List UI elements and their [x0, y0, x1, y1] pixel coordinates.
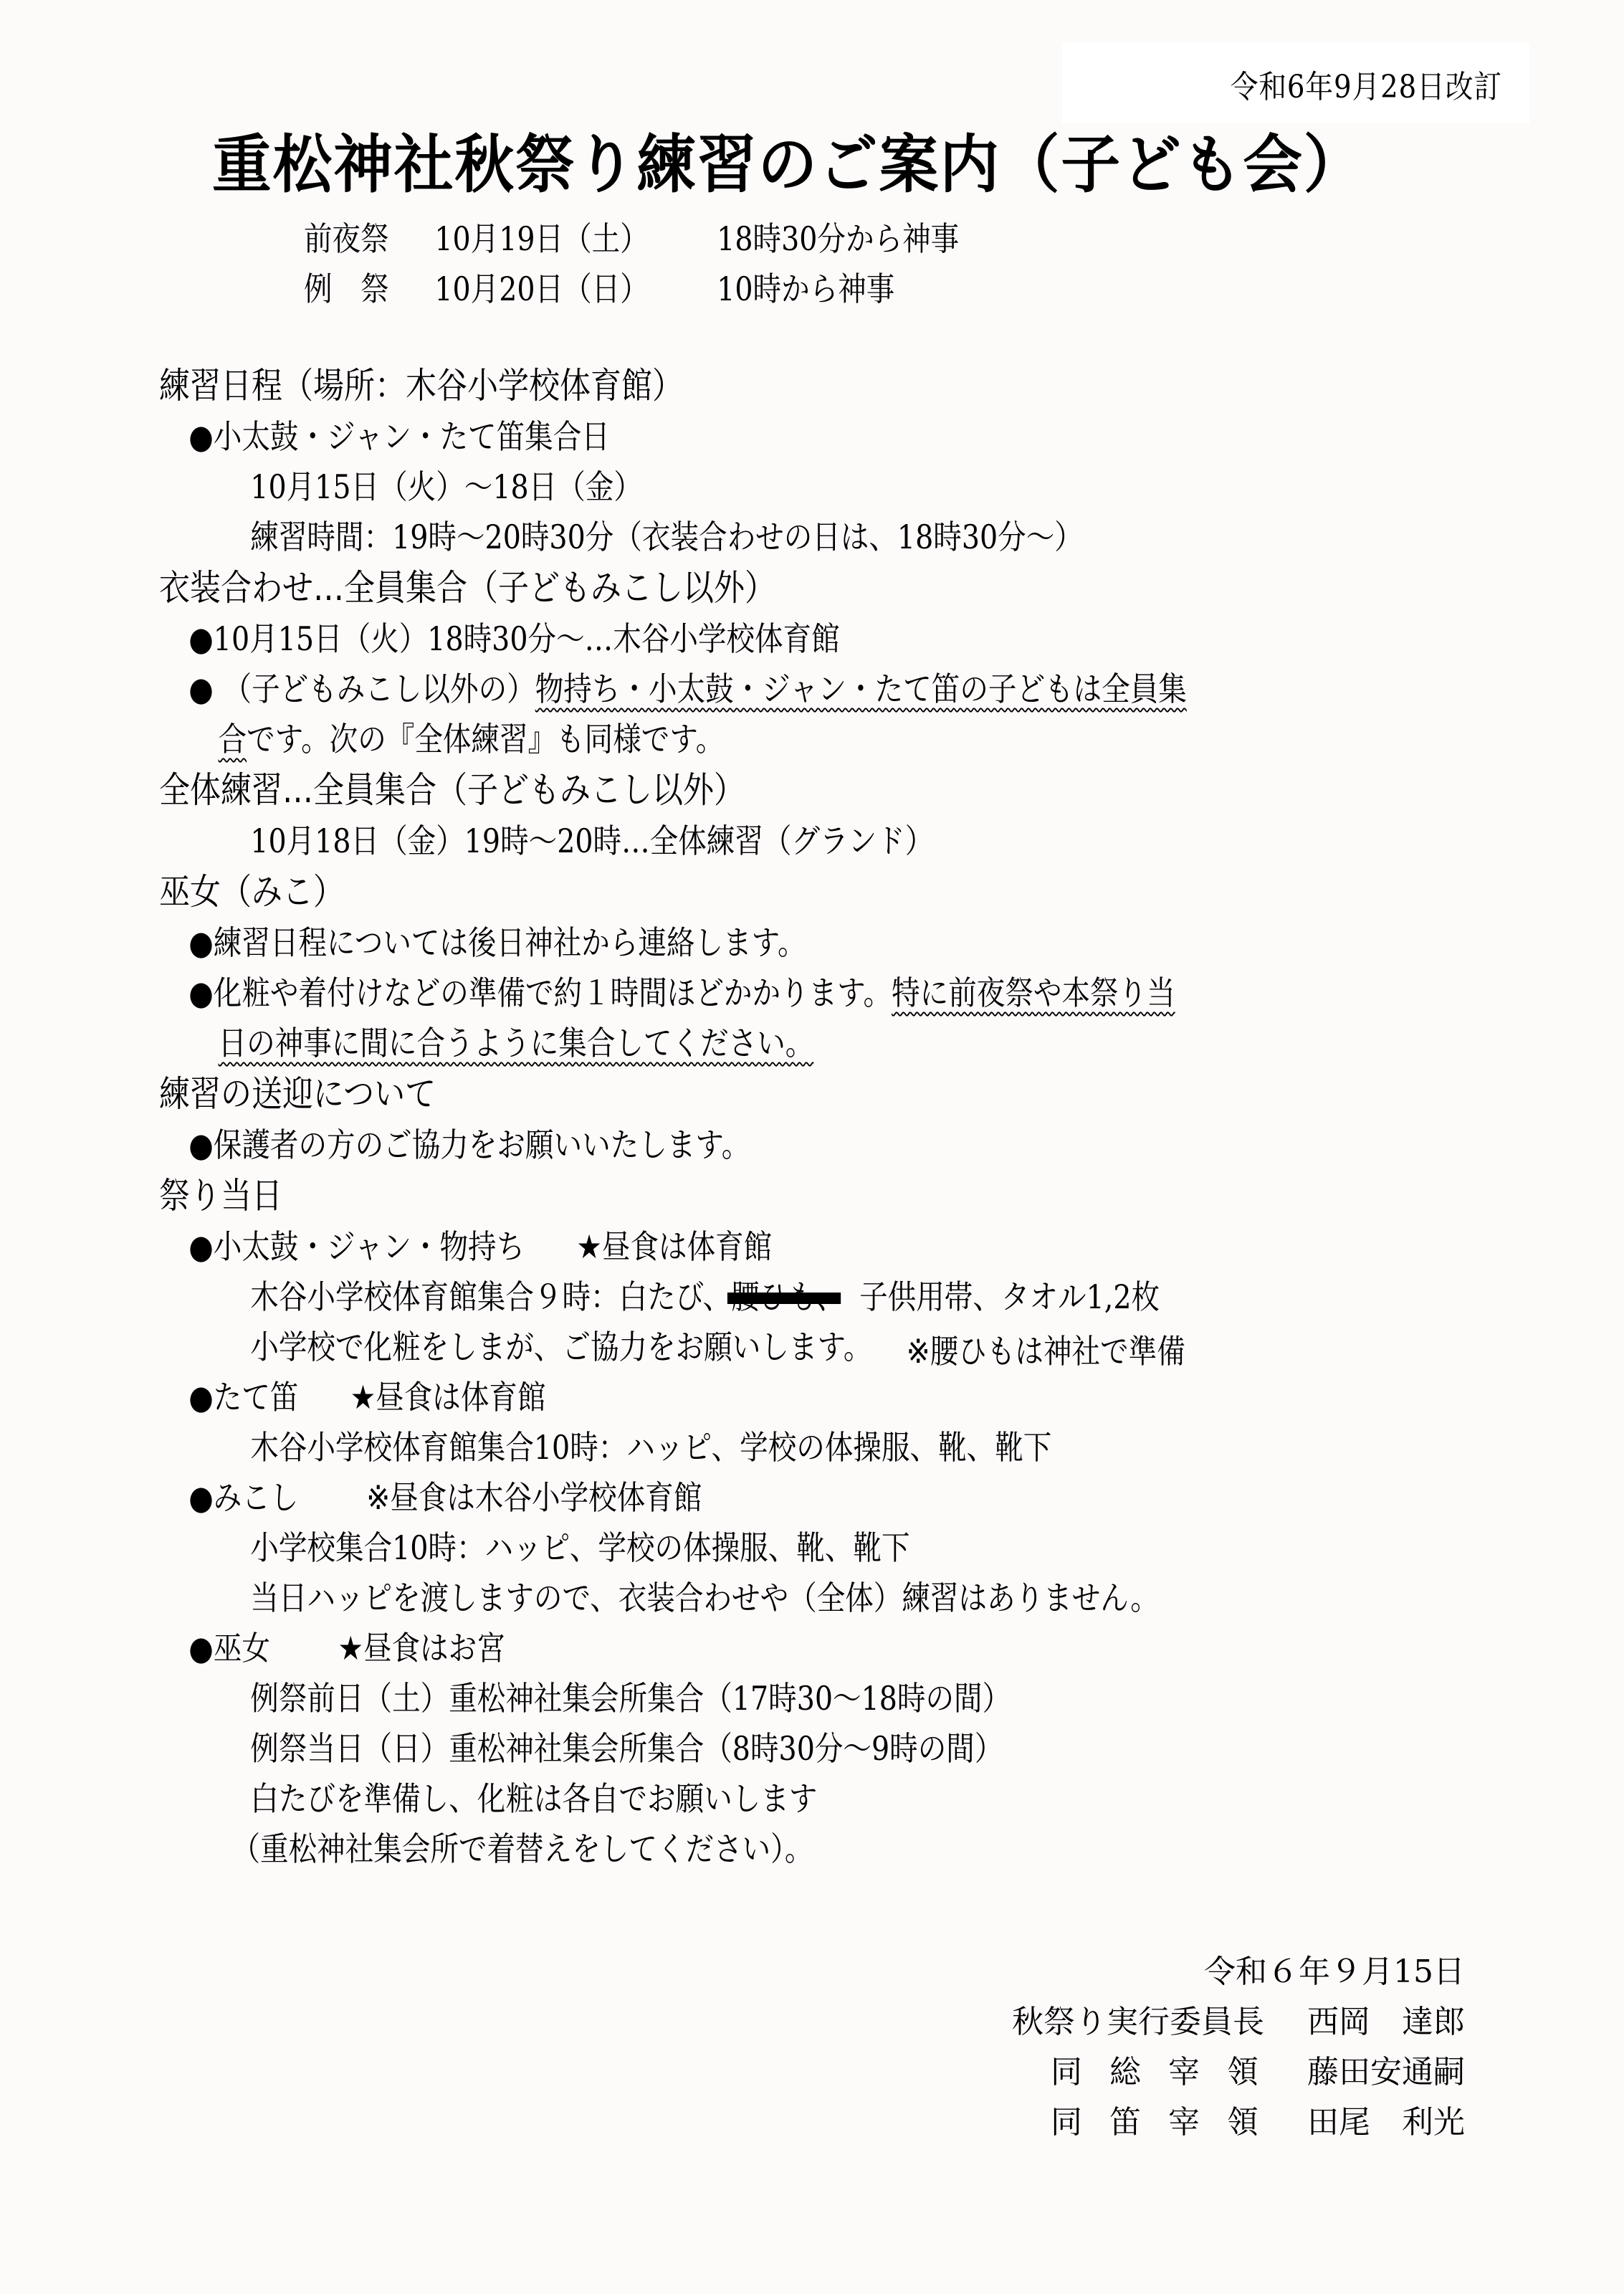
- list-item: ●練習日程については後日神社から連絡します。: [159, 918, 1330, 968]
- group-name: みこし: [214, 1478, 299, 1517]
- bullet-icon: ●: [188, 1478, 214, 1517]
- group-detail: 白たびを準備し、化粧は各自でお願いします: [159, 1774, 1330, 1824]
- lunch-note: ★昼食は体育館: [350, 1378, 546, 1417]
- detail-text: 子供用帯、タオル1,2枚: [859, 1277, 1160, 1316]
- event-schedule: 前夜祭10月19日（土）18時30分から神事 例 祭10月20日（日）10時から…: [304, 214, 1066, 314]
- list-item: ●化粧や着付けなどの準備で約１時間ほどかかります。特に前夜祭や本祭り当: [159, 968, 1330, 1018]
- signature-role: 同総宰領: [1051, 2047, 1286, 2098]
- bullet-icon: ●: [188, 670, 214, 708]
- group-detail: 当日ハッピを渡しますので、衣装合わせや（全体）練習はありません。: [159, 1573, 1330, 1623]
- group-name: 小太鼓・ジャン・物持ち: [214, 1227, 525, 1266]
- item-text: 化粧や着付けなどの準備で約１時間ほどかかります。: [214, 974, 892, 1012]
- group-detail: 小学校で化粧をしまが、ご協力をお願いします。※腰ひもは神社で準備: [159, 1322, 1330, 1372]
- practice-hours: 練習時間：19時～20時30分（衣装合わせの日は、18時30分～）: [159, 512, 1330, 562]
- detail-text: 小学校で化粧をしまが、ご協力をお願いします。: [250, 1328, 871, 1366]
- list-item: ●（子どもみこし以外の）物持ち・小太鼓・ジャン・たて笛の子どもは全員集: [159, 664, 1330, 714]
- underlined-text: 特に前夜祭や本祭り当: [892, 974, 1175, 1012]
- group-detail: 木谷小学校体育館集合10時：ハッピ、学校の体操服、靴、靴下: [159, 1422, 1330, 1472]
- struck-text: 腰ひも、: [731, 1272, 844, 1322]
- revision-note: 令和6年9月28日改訂: [1231, 69, 1502, 106]
- list-item-continuation: 日の神事に間に合うように集合してください。: [159, 1018, 1330, 1068]
- event-date: 10月19日（土）: [434, 214, 717, 264]
- signature-row: 同総宰領藤田安通嗣: [1012, 2047, 1465, 2098]
- bullet-icon: ●: [188, 1378, 214, 1417]
- list-item: ●10月15日（火）18時30分～…木谷小学校体育館: [159, 614, 1330, 664]
- item-text: 練習日程については後日神社から連絡します。: [214, 923, 806, 962]
- underlined-text: 合: [219, 720, 247, 758]
- event-date: 10月20日（日）: [434, 264, 717, 314]
- section-heading-full-practice: 全体練習…全員集合（子どもみこし以外）: [159, 764, 1330, 816]
- section-heading-miko: 巫女（みこ）: [159, 866, 1330, 918]
- bullet-icon: ●: [188, 923, 214, 962]
- lunch-note: ★昼食はお宮: [338, 1629, 505, 1667]
- bullet-icon: ●: [188, 974, 214, 1012]
- lunch-note: ※昼食は木谷小学校体育館: [366, 1478, 702, 1517]
- signature-name: 田尾 利光: [1307, 2098, 1465, 2148]
- group-name: たて笛: [214, 1378, 299, 1417]
- practice-dates: 10月15日（火）～18日（金）: [159, 462, 1330, 512]
- document-body: 練習日程（場所：木谷小学校体育館） ●小太鼓・ジャン・たて笛集合日 10月15日…: [159, 360, 1521, 1874]
- underlined-text: 日の神事に間に合うように集合してください。: [219, 1024, 814, 1062]
- underlined-text: 物持ち・小太鼓・ジャン・たて笛の子どもは全員集: [535, 670, 1187, 708]
- section-heading-costume-fitting: 衣装合わせ…全員集合（子どもみこし以外）: [159, 562, 1330, 614]
- group-detail: 木谷小学校体育館集合９時：白たび、腰ひも、子供用帯、タオル1,2枚: [159, 1272, 1330, 1322]
- signature-row: 秋祭り実行委員長西岡 達郎: [1012, 1997, 1465, 2047]
- list-item-continuation: 合です。次の『全体練習』も同様です。: [159, 714, 1330, 764]
- page-title: 重松神社秋祭り練習のご案内（子ども会）: [212, 129, 1364, 201]
- full-practice-detail: 10月18日（金）19時～20時…全体練習（グランド）: [159, 816, 1330, 866]
- bullet-icon: ●: [188, 417, 214, 456]
- signature-name: 西岡 達郎: [1307, 1997, 1465, 2047]
- group-heading-flute: ●たて笛★昼食は体育館: [159, 1372, 1330, 1422]
- item-text: 小太鼓・ジャン・たて笛集合日: [214, 417, 610, 456]
- group-heading-miko: ●巫女★昼食はお宮: [159, 1623, 1330, 1673]
- group-heading-mikoshi: ●みこし※昼食は木谷小学校体育館: [159, 1472, 1330, 1523]
- item-text: 10月15日（火）18時30分～…木谷小学校体育館: [214, 619, 840, 658]
- event-time: 10時から神事: [717, 264, 894, 314]
- event-main: 例 祭10月20日（日）10時から神事: [304, 264, 959, 314]
- group-detail: 小学校集合10時：ハッピ、学校の体操服、靴、靴下: [159, 1523, 1330, 1573]
- group-name: 巫女: [214, 1629, 270, 1667]
- group-detail: （重松神社集会所で着替えをしてください）。: [159, 1824, 1330, 1874]
- section-heading-festival-day: 祭り当日: [159, 1170, 1330, 1222]
- group-heading-drum: ●小太鼓・ジャン・物持ち★昼食は体育館: [159, 1222, 1330, 1272]
- event-time: 18時30分から神事: [717, 214, 959, 264]
- bullet-icon: ●: [188, 1629, 214, 1667]
- bullet-icon: ●: [188, 619, 214, 658]
- signature-role: 同笛宰領: [1051, 2098, 1286, 2148]
- group-detail: 例祭前日（土）重松神社集会所集合（17時30～18時の間）: [159, 1673, 1330, 1723]
- section-heading-practice-schedule: 練習日程（場所：木谷小学校体育館）: [159, 360, 1330, 411]
- signature-name: 藤田安通嗣: [1307, 2047, 1465, 2098]
- detail-text: 木谷小学校体育館集合９時：白たび、: [250, 1277, 731, 1316]
- bullet-icon: ●: [188, 1125, 214, 1164]
- waist-cord-note: ※腰ひもは神社で準備: [907, 1326, 1185, 1376]
- bullet-icon: ●: [188, 1227, 214, 1266]
- event-label: 前夜祭: [304, 214, 434, 264]
- signature-row: 同笛宰領田尾 利光: [1012, 2098, 1465, 2148]
- item-text: です。次の『全体練習』も同様です。: [247, 720, 724, 758]
- group-detail: 例祭当日（日）重松神社集会所集合（8時30分～9時の間）: [159, 1723, 1330, 1774]
- section-heading-transport: 練習の送迎について: [159, 1068, 1330, 1120]
- lunch-note: ★昼食は体育館: [576, 1227, 772, 1266]
- signature-date: 令和６年９月15日: [1012, 1947, 1465, 1997]
- item-text: 保護者の方のご協力をお願いいたします。: [214, 1125, 750, 1164]
- signature-role: 秋祭り実行委員長: [1012, 1997, 1264, 2047]
- event-label: 例 祭: [304, 264, 434, 314]
- list-item: ●保護者の方のご協力をお願いいたします。: [159, 1120, 1330, 1170]
- event-eve: 前夜祭10月19日（土）18時30分から神事: [304, 214, 959, 264]
- item-text: （子どもみこし以外の）: [224, 670, 535, 708]
- list-item: ●小太鼓・ジャン・たて笛集合日: [159, 411, 1330, 462]
- signature-block: 令和６年９月15日 秋祭り実行委員長西岡 達郎 同総宰領藤田安通嗣 同笛宰領田尾…: [1012, 1947, 1465, 2148]
